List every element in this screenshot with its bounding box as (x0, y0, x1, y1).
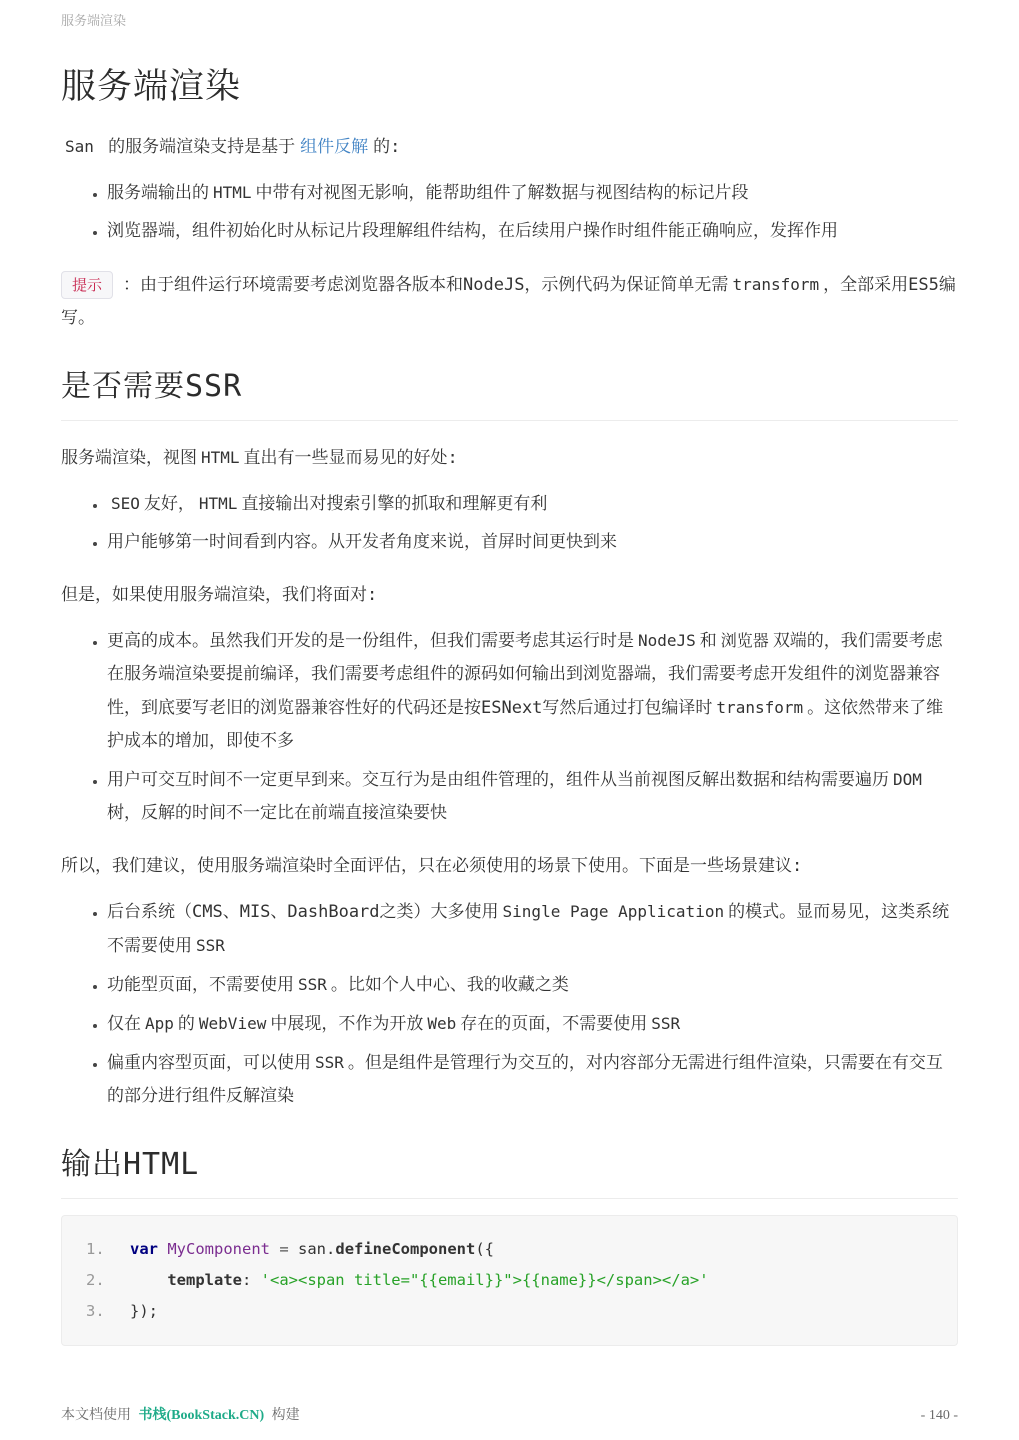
text-run: 中展现，不作为开放 (270, 1014, 423, 1034)
bookstack-link[interactable]: 书栈(BookStack.CN) (139, 1408, 265, 1423)
text-run: 直接输出对搜索引擎的抓取和理解更有利 (241, 494, 547, 514)
text-run: 偏重内容型页面，可以使用 (107, 1053, 311, 1073)
code-token: var (130, 1240, 158, 1258)
footer-built-with: 本文档使用 书栈(BookStack.CN) 构建 (61, 1404, 300, 1424)
tip-badge: 提示 (61, 271, 113, 299)
code-token: san. (289, 1240, 336, 1258)
text-run: 功能型页面，不需要使用 (107, 975, 294, 995)
line-number: 1. (86, 1234, 112, 1265)
text-run: 。比如个人中心、我的收藏之类 (331, 975, 569, 995)
code-token: MyComponent (167, 1240, 270, 1258)
inline-code: WebView (199, 1014, 266, 1033)
list-item: 用户可交互时间不一定更早到来。交互行为是由组件管理的，组件从当前视图反解出数据和… (107, 763, 958, 830)
code-token: defineComponent (335, 1240, 475, 1258)
paragraph: San 的服务端渲染支持是基于组件反解的: (61, 130, 958, 164)
inline-link[interactable]: 组件反解 (300, 137, 368, 157)
running-header: 服务端渲染 (61, 14, 958, 30)
code-block: 1.var MyComponent = san.defineComponent(… (61, 1215, 958, 1346)
inline-code: Web (427, 1014, 456, 1033)
page: 服务端渲染 服务端渲染San 的服务端渲染支持是基于组件反解的:服务端输出的HT… (0, 0, 1019, 1440)
inline-code: transform (732, 275, 819, 294)
inline-code: SSR (298, 975, 327, 994)
line-number: 2. (86, 1265, 112, 1296)
page-footer: 本文档使用 书栈(BookStack.CN) 构建 - 140 - (61, 1392, 958, 1424)
text-run: 存在的页面，不需要使用 (460, 1014, 647, 1034)
code-token: }); (130, 1302, 158, 1320)
code-token: : (242, 1271, 261, 1289)
section-heading: 输出HTML (61, 1145, 958, 1199)
inline-code: HTML (201, 448, 240, 467)
text-run: 友好， (144, 494, 195, 514)
footer-prefix: 本文档使用 (61, 1408, 131, 1423)
text-run: 服务端输出的 (107, 183, 209, 203)
text-run: 直出有一些显而易见的好处: (244, 448, 458, 468)
inline-code: SSR (196, 936, 225, 955)
list-item: 服务端输出的HTML中带有对视图无影响，能帮助组件了解数据与视图结构的标记片段 (107, 176, 958, 210)
text-run: 仅在 (107, 1014, 141, 1034)
bullet-list: 服务端输出的HTML中带有对视图无影响，能帮助组件了解数据与视图结构的标记片段浏… (61, 176, 958, 248)
paragraph: 服务端渲染，视图HTML直出有一些显而易见的好处: (61, 441, 958, 475)
list-item: 功能型页面，不需要使用SSR。比如个人中心、我的收藏之类 (107, 968, 958, 1002)
text-run: 更高的成本。虽然我们开发的是一份组件，但我们需要考虑其运行时是 (107, 631, 634, 651)
text-run: 用户可交互时间不一定更早到来。交互行为是由组件管理的，组件从当前视图反解出数据和… (107, 770, 889, 790)
list-item: SEO友好，HTML直接输出对搜索引擎的抓取和理解更有利 (107, 487, 958, 521)
bullet-list: 后台系统（CMS、MIS、DashBoard之类）大多使用Single Page… (61, 895, 958, 1113)
inline-code: Single Page Application (503, 902, 725, 921)
code-token (158, 1240, 167, 1258)
inline-code: App (145, 1014, 174, 1033)
inline-code: DOM (893, 770, 922, 789)
code-line: 3.}); (86, 1296, 933, 1327)
list-item: 更高的成本。虽然我们开发的是一份组件，但我们需要考虑其运行时是NodeJS和浏览… (107, 624, 958, 758)
text-run: 但是，如果使用服务端渲染，我们将面对: (61, 585, 377, 605)
code-token (130, 1271, 167, 1289)
inline-code: transform (716, 698, 803, 717)
text-run: 后台系统（CMS、MIS、DashBoard之类）大多使用 (107, 902, 499, 922)
inline-code: San (65, 137, 94, 156)
document-content: 服务端渲染San 的服务端渲染支持是基于组件反解的:服务端输出的HTML中带有对… (61, 30, 958, 1392)
paragraph: 但是，如果使用服务端渲染，我们将面对: (61, 579, 958, 612)
text-run: 的 (178, 1014, 195, 1034)
text-run: 中带有对视图无影响，能帮助组件了解数据与视图结构的标记片段 (256, 183, 749, 203)
text-run: 和 (700, 631, 717, 651)
inline-code: HTML (199, 494, 238, 513)
list-item: 浏览器端，组件初始化时从标记片段理解组件结构，在后续用户操作时组件能正确响应，发… (107, 215, 958, 248)
text-run: 的: (373, 137, 400, 157)
paragraph: 所以，我们建议，使用服务端渲染时全面评估，只在必须使用的场景下使用。下面是一些场… (61, 850, 958, 883)
footer-suffix: 构建 (272, 1408, 300, 1423)
inline-code: NodeJS (638, 631, 696, 650)
code-token: ({ (475, 1240, 494, 1258)
line-number: 3. (86, 1296, 112, 1327)
code-line: 2. template: '<a><span title="{{email}}"… (86, 1265, 933, 1296)
inline-code: 浏览器 (721, 631, 769, 650)
bullet-list: 更高的成本。虽然我们开发的是一份组件，但我们需要考虑其运行时是NodeJS和浏览… (61, 624, 958, 830)
bullet-list: SEO友好，HTML直接输出对搜索引擎的抓取和理解更有利用户能够第一时间看到内容… (61, 487, 958, 559)
list-item: 偏重内容型页面，可以使用SSR。但是组件是管理行为交互的，对内容部分无需进行组件… (107, 1046, 958, 1113)
section-heading: 是否需要SSR (61, 367, 958, 421)
inline-code: HTML (213, 183, 252, 202)
inline-code: SEO (111, 494, 140, 513)
inline-code: SSR (315, 1053, 344, 1072)
code-token: = (279, 1240, 288, 1258)
page-number: - 140 - (921, 1408, 958, 1424)
code-token: template (167, 1271, 242, 1289)
code-token (270, 1240, 279, 1258)
page-title: 服务端渲染 (61, 66, 958, 110)
code-token: '<a><span title="{{email}}">{{name}}</sp… (261, 1271, 709, 1289)
text-run: 服务端渲染，视图 (61, 448, 197, 468)
list-item: 后台系统（CMS、MIS、DashBoard之类）大多使用Single Page… (107, 895, 958, 963)
tip-paragraph: 提示：由于组件运行环境需要考虑浏览器各版本和NodeJS，示例代码为保证简单无需… (61, 268, 958, 335)
text-run: 用户能够第一时间看到内容。从开发者角度来说，首屏时间更快到来 (107, 532, 617, 552)
code-line: 1.var MyComponent = san.defineComponent(… (86, 1234, 933, 1265)
inline-code: SSR (651, 1014, 680, 1033)
list-item: 仅在App的WebView中展现，不作为开放Web存在的页面，不需要使用SSR (107, 1007, 958, 1041)
text-run: 的服务端渲染支持是基于 (98, 137, 295, 157)
text-run: ：由于组件运行环境需要考虑浏览器各版本和NodeJS，示例代码为保证简单无需 (123, 275, 728, 295)
text-run: 浏览器端，组件初始化时从标记片段理解组件结构，在后续用户操作时组件能正确响应，发… (107, 221, 838, 241)
list-item: 用户能够第一时间看到内容。从开发者角度来说，首屏时间更快到来 (107, 526, 958, 559)
text-run: 所以，我们建议，使用服务端渲染时全面评估，只在必须使用的场景下使用。下面是一些场… (61, 856, 802, 876)
text-run: 树，反解的时间不一定比在前端直接渲染要快 (107, 803, 447, 823)
